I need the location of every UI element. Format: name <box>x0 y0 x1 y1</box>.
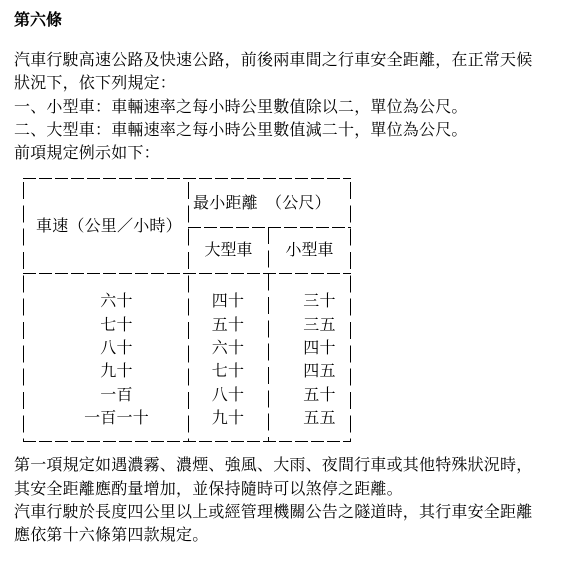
table-row: 九十 七十 四五 <box>23 360 351 383</box>
table-border-header-separator <box>23 273 351 274</box>
cell-small: 三五 <box>268 314 351 337</box>
table-row: 一百一十 九十 五五 <box>23 407 351 430</box>
cell-small: 三十 <box>268 290 351 313</box>
column-header-large-vehicle: 大型車 <box>189 243 268 259</box>
cell-small: 五五 <box>268 407 351 430</box>
cell-large: 七十 <box>188 360 268 383</box>
table-border-subheader <box>188 227 351 228</box>
table-border-bottom <box>23 441 351 442</box>
table-row: 六十 四十 三十 <box>23 290 351 313</box>
cell-small: 四十 <box>268 337 351 360</box>
table-border-top <box>23 178 351 179</box>
table-row: 八十 六十 四十 <box>23 337 351 360</box>
cell-large: 六十 <box>188 337 268 360</box>
list-item-small-vehicle: 一、小型車：車輛速率之每小時公里數值除以二，單位為公尺。 <box>14 96 468 119</box>
paragraph-3: 汽車行駛於長度四公里以上或經管理機關公告之隧道時，其行車安全距離 應依第十六條第… <box>14 501 532 548</box>
column-header-small-vehicle: 小型車 <box>269 243 350 259</box>
paragraph-1: 汽車行駛高速公路及快速公路，前後兩車間之行車安全距離，在正常天候 狀況下，依下列… <box>14 49 532 96</box>
cell-small: 四五 <box>268 360 351 383</box>
article-number-title: 第六條 <box>14 11 62 31</box>
cell-speed: 六十 <box>23 290 188 313</box>
cell-large: 八十 <box>188 384 268 407</box>
column-header-min-distance: 最小距離 （公尺） <box>193 196 331 212</box>
list-item-large-vehicle: 二、大型車：車輛速率之每小時公里數值減二十，單位為公尺。 <box>14 119 468 142</box>
cell-speed: 七十 <box>23 314 188 337</box>
cell-speed: 一百 <box>23 384 188 407</box>
table-row: 一百 八十 五十 <box>23 384 351 407</box>
cell-large: 四十 <box>188 290 268 313</box>
cell-speed: 九十 <box>23 360 188 383</box>
example-intro: 前項規定例示如下： <box>14 142 160 165</box>
safe-distance-table: 車速（公里／小時） 最小距離 （公尺） 大型車 小型車 六十 四十 三十 七十 … <box>23 178 351 446</box>
column-header-speed: 車速（公里／小時） <box>36 219 182 235</box>
cell-speed: 八十 <box>23 337 188 360</box>
cell-small: 五十 <box>268 384 351 407</box>
cell-large: 九十 <box>188 407 268 430</box>
paragraph-2: 第一項規定如遇濃霧、濃煙、強風、大雨、夜間行車或其他特殊狀況時， 其安全距離應酌… <box>14 454 532 501</box>
cell-speed: 一百一十 <box>23 407 188 430</box>
law-article-page: 第六條 汽車行駛高速公路及快速公路，前後兩車間之行車安全距離，在正常天候 狀況下… <box>0 0 571 561</box>
table-row: 七十 五十 三五 <box>23 314 351 337</box>
cell-large: 五十 <box>188 314 268 337</box>
